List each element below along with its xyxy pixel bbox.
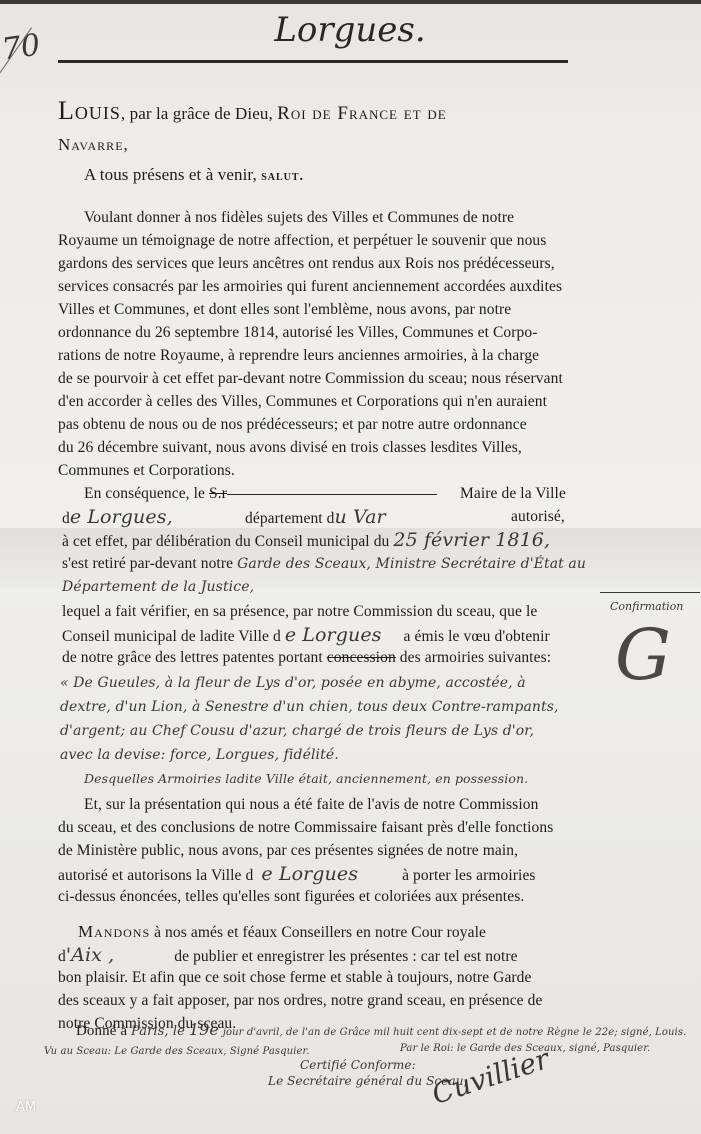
margin-note-confirmation: Confirmation xyxy=(610,600,683,613)
department-field: département du Var xyxy=(245,506,386,530)
salutation-word: salut. xyxy=(261,169,304,184)
preamble-line: Communes et Corporations. xyxy=(58,460,235,482)
struck-title: S.r xyxy=(209,485,227,502)
preamble-line: pas obtenu de nous ou de nos prédécesseu… xyxy=(58,414,527,436)
handwritten-town-3: e Lorgues xyxy=(253,863,402,885)
handwritten-place: Paris, le xyxy=(131,1024,185,1039)
consequence-line-2: de Lorgues, xyxy=(62,506,173,530)
deliberation-text: à cet effet, par délibération du Conseil… xyxy=(62,533,389,550)
bear-arms-text: à porter les armoiries xyxy=(402,867,535,884)
king-title: Roi de France et de xyxy=(277,103,447,124)
page-top-edge xyxy=(0,0,701,4)
authorization-line: Et, sur la présentation qui nous a été f… xyxy=(84,794,538,816)
document-page: 70 Lorgues. Louis, par la grâce de Dieu,… xyxy=(0,0,701,1134)
consequence-line-4: s'est retiré par-devant notre Garde des … xyxy=(62,553,586,575)
mandons-word: Mandons xyxy=(78,922,150,941)
blazon-line: avec la devise: force, Lorgues, fidélité… xyxy=(60,744,339,766)
department-label: département d xyxy=(245,510,335,527)
preamble-line: du 26 décembre suivant, nous avons divis… xyxy=(58,437,522,459)
mayor-label: Maire de la Ville xyxy=(460,483,566,505)
consequence-line-3: à cet effet, par délibération du Conseil… xyxy=(62,529,550,553)
authorization-line-5: ci-dessus énoncées, telles qu'elles sont… xyxy=(58,886,524,908)
council-text: Conseil municipal de ladite Ville d xyxy=(62,628,281,645)
mandons-line: bon plaisir. Et afin que ce soit chose f… xyxy=(58,967,532,989)
salutation-prefix: A tous présens et à venir, xyxy=(84,165,261,184)
handwritten-day: 19e xyxy=(189,1020,219,1039)
opening-line-1: Louis, par la grâce de Dieu, Roi de Fran… xyxy=(58,100,447,125)
given-word: Donné à xyxy=(76,1023,127,1039)
margin-note-initials: G xyxy=(615,620,671,690)
header-town-name: Lorgues. xyxy=(200,10,500,50)
opening-line-2: Navarre, xyxy=(58,134,129,156)
mandons-line-1: Mandons à nos amés et féaux Conseillers … xyxy=(78,921,486,944)
header-rule xyxy=(58,60,568,63)
preamble-line: rations de notre Royaume, à reprendre le… xyxy=(58,345,539,367)
handwritten-court: 'Aix , xyxy=(66,944,174,966)
arms-following-text: des armoiries suivantes: xyxy=(396,649,551,666)
struck-blank-rule xyxy=(227,494,437,495)
consequence-line-7: Conseil municipal de ladite Ville de Lor… xyxy=(62,624,550,648)
opening-grace: , par la grâce de Dieu, xyxy=(121,104,277,123)
blazon-line: dextre, d'un Lion, à Senestre d'un chien… xyxy=(60,696,559,718)
blazon-line: « De Gueules, à la fleur de Lys d'or, po… xyxy=(60,672,526,694)
consequence-line-8: de notre grâce des lettres patentes port… xyxy=(62,647,551,669)
margin-note-rule xyxy=(600,592,700,593)
preamble-line: Royaume un témoignage de notre affection… xyxy=(58,230,546,252)
preamble-line: d'en accorder à celles des Villes, Commu… xyxy=(58,391,547,413)
handwritten-town-2: e Lorgues xyxy=(281,624,404,646)
handwritten-seal-note: Vu au Sceau: Le Garde des Sceaux, Signé … xyxy=(44,1041,310,1063)
mandons-rest: à nos amés et féaux Conseillers en notre… xyxy=(150,924,486,941)
handwritten-town: e Lorgues, xyxy=(70,506,173,528)
withdrew-text: s'est retiré par-devant notre xyxy=(62,555,233,572)
wish-text: a émis le vœu d'obtenir xyxy=(404,628,550,645)
consequence-prefix: En conséquence, le xyxy=(84,485,209,502)
king-name: Louis xyxy=(58,96,121,125)
handwritten-department: u Var xyxy=(335,506,386,528)
prefix-d: d xyxy=(62,510,70,527)
struck-concession: concession xyxy=(327,649,396,666)
preamble-line: gardons des services que leurs ancêtres … xyxy=(58,253,555,275)
blazon-line: Desquelles Armoiries ladite Ville était,… xyxy=(84,768,528,790)
publish-text: de publier et enregistrer les présentes … xyxy=(174,948,517,965)
authorization-line: du sceau, et des conclusions de notre Co… xyxy=(58,817,553,839)
handwritten-official: Garde des Sceaux, Ministre Secrétaire d'… xyxy=(237,556,586,572)
preamble-line: Villes et Communes, et dont elles sont l… xyxy=(58,299,511,321)
preamble-line: Voulant donner à nos fidèles sujets des … xyxy=(84,207,514,229)
preamble-line: de se pourvoir à cet effet par-devant no… xyxy=(58,368,563,390)
consequence-line-6: lequel a fait vérifier, en sa présence, … xyxy=(62,601,537,623)
watermark: AM xyxy=(16,1100,36,1115)
authorize-town-text: autorisé et autorisons la Ville d xyxy=(58,867,253,884)
preamble-line: ordonnance du 26 septembre 1814, autoris… xyxy=(58,322,538,344)
consequence-line-1: En conséquence, le S.r xyxy=(84,483,437,505)
handwritten-deliberation-date: 25 février 1816, xyxy=(393,529,550,551)
authorization-line: de Ministère public, nous avons, par ces… xyxy=(58,840,518,862)
prefix-d: d xyxy=(58,948,66,965)
handwritten-date: jour d'avril, de l'an de Grâce mil huit … xyxy=(223,1027,687,1038)
authorized-word: autorisé, xyxy=(511,506,565,528)
handwritten-official-cont: Département de la Justice, xyxy=(62,576,254,598)
salutation-line: A tous présens et à venir, salut. xyxy=(84,164,304,188)
mandons-line: des sceaux y a fait apposer, par nos ord… xyxy=(58,990,542,1012)
mandons-line-2: d'Aix ,de publier et enregistrer les pré… xyxy=(58,944,518,968)
authorization-line-4: autorisé et autorisons la Ville de Lorgu… xyxy=(58,863,536,887)
blazon-line: d'argent; au Chef Cousu d'azur, chargé d… xyxy=(60,720,534,742)
preamble-line: services consacrés par les armoiries qui… xyxy=(58,276,562,298)
letters-patent-text: de notre grâce des lettres patentes port… xyxy=(62,649,327,666)
